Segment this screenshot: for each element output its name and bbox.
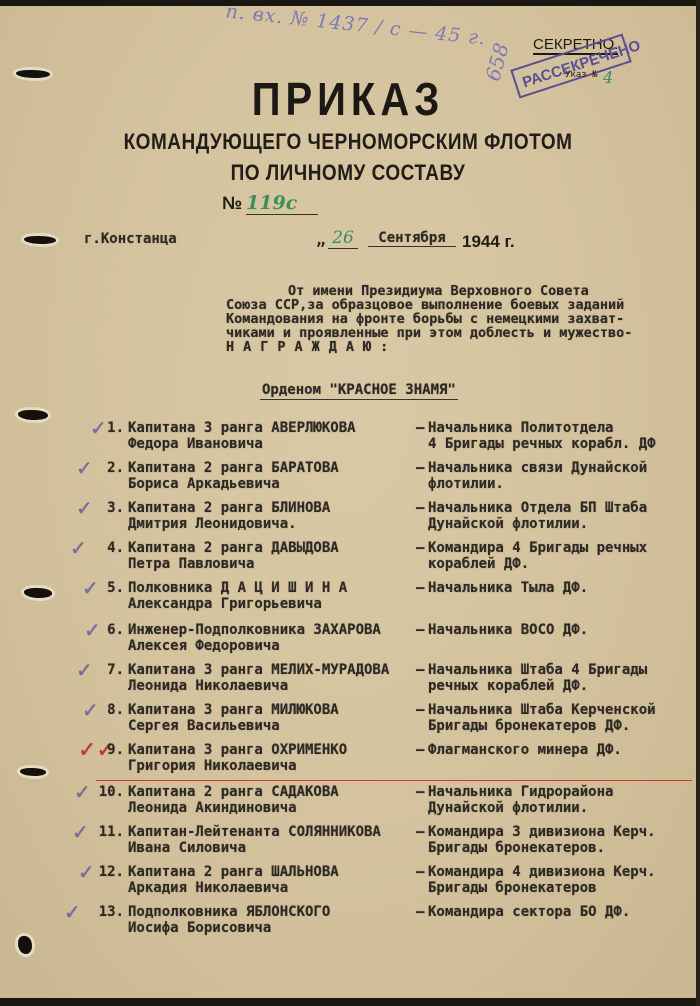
order-number: №119с: [222, 192, 318, 215]
awardee-row: ✓8.Капитана 3 ранга МИЛЮКОВАСергея Васил…: [0, 702, 696, 742]
awardee-number: 6.: [96, 622, 124, 638]
date-quote: „: [316, 230, 326, 249]
dash: –: [416, 622, 424, 638]
awardee-row: ✓6.Инженер-Подполковника ЗАХАРОВААлексея…: [0, 622, 696, 662]
check-mark-icon: ✓: [78, 860, 95, 884]
awardee-position: Начальника Политотдела4 Бригады речных к…: [428, 420, 694, 452]
awarded-label: НАГРАЖДАЮ:: [226, 340, 696, 354]
awardee-position: Командира 4 дивизиона Керч.Бригады броне…: [428, 864, 694, 896]
awardee-number: 9.: [96, 742, 124, 758]
awardee-row: ✓3.Капитана 2 ранга БЛИНОВАДмитрия Леони…: [0, 500, 696, 540]
date-year: 1944 г.: [462, 232, 515, 252]
awardee-position: Начальника ВОСО ДФ.: [428, 622, 694, 638]
awardee-position: Начальника связи Дунайскойфлотилии.: [428, 460, 694, 492]
document-subtitle: КОМАНДУЮЩЕГО ЧЕРНОМОРСКИМ ФЛОТОМ: [0, 130, 696, 155]
awardee-number: 3.: [96, 500, 124, 516]
awardee-number: 13.: [96, 904, 124, 920]
check-mark-icon: ✓: [74, 780, 91, 804]
awardee-row: ✓✓9.Капитана 3 ранга ОХРИМЕНКОГригория Н…: [0, 742, 696, 782]
check-mark-icon: ✓: [76, 658, 93, 682]
dash: –: [416, 784, 424, 800]
awardee-number: 12.: [96, 864, 124, 880]
awardee-position: Начальника Отдела БП ШтабаДунайской флот…: [428, 500, 694, 532]
red-underline: [96, 780, 692, 781]
dash: –: [416, 702, 424, 718]
awardee-name: Капитана 3 ранга АВЕРЛЮКОВАФедора Иванов…: [128, 420, 428, 452]
archive-note: п. вх. № 1437 / с — 45 г.: [225, 6, 487, 50]
awardee-name: Капитана 2 ранга ДАВЫДОВАПетра Павловича: [128, 540, 428, 572]
dash: –: [416, 662, 424, 678]
preamble: От имени Президиума Верховного Совета Со…: [226, 284, 696, 354]
dash: –: [416, 904, 424, 920]
awardee-name: Капитана 2 ранга ШАЛЬНОВААркадия Николае…: [128, 864, 428, 896]
awardee-number: 1.: [96, 420, 124, 436]
check-mark-icon: ✓: [76, 456, 93, 480]
dash: –: [416, 540, 424, 556]
date-month: Сентября: [368, 230, 456, 247]
order-number-value: 119с: [246, 192, 318, 215]
awardee-name: Капитана 3 ранга ОХРИМЕНКОГригория Никол…: [128, 742, 428, 774]
awardee-row: ✓13.Подполковника ЯБЛОНСКОГОИосифа Борис…: [0, 904, 696, 944]
punch-hole: [24, 236, 56, 244]
city: г.Констанца: [84, 231, 177, 247]
check-mark-icon: ✓: [64, 900, 81, 924]
awardee-row: ✓5.Полковника Д А Ц И Ш И Н ААлександра …: [0, 580, 696, 620]
awardee-position: Начальника Штаба КерченскойБригады броне…: [428, 702, 694, 734]
document-title: ПРИКАЗ: [0, 75, 696, 127]
awardee-row: ✓10.Капитана 2 ранга САДАКОВАЛеонида Аки…: [0, 784, 696, 824]
awardee-position: Начальника Тыла ДФ.: [428, 580, 694, 596]
check-mark-icon: ✓: [72, 820, 89, 844]
awardee-number: 8.: [96, 702, 124, 718]
awardee-name: Полковника Д А Ц И Ш И Н ААлександра Гри…: [128, 580, 428, 612]
awardee-row: ✓2.Капитана 2 ранга БАРАТОВАБориса Аркад…: [0, 460, 696, 500]
dash: –: [416, 580, 424, 596]
awardee-row: ✓1.Капитана 3 ранга АВЕРЛЮКОВАФедора Ива…: [0, 420, 696, 460]
document-page: п. вх. № 1437 / с — 45 г. 658 СЕКРЕТНО. …: [0, 6, 696, 998]
awardee-name: Капитана 2 ранга САДАКОВАЛеонида Акиндин…: [128, 784, 428, 816]
dash: –: [416, 824, 424, 840]
document-subtitle-2: ПО ЛИЧНОМУ СОСТАВУ: [0, 161, 696, 186]
awardee-name: Инженер-Подполковника ЗАХАРОВААлексея Фе…: [128, 622, 428, 654]
awardee-row: ✓11.Капитан-Лейтенанта СОЛЯННИКОВАИвана …: [0, 824, 696, 864]
awardee-row: ✓7.Капитана 3 ранга МЕЛИХ-МУРАДОВАЛеонид…: [0, 662, 696, 702]
page-edge: [696, 0, 700, 1006]
punch-hole: [18, 410, 48, 420]
awardee-number: 5.: [96, 580, 124, 596]
awardee-position: Флагманского минера ДФ.: [428, 742, 694, 758]
awardee-row: ✓12.Капитана 2 ранга ШАЛЬНОВААркадия Ник…: [0, 864, 696, 904]
awardee-number: 7.: [96, 662, 124, 678]
awardee-position: Командира 3 дивизиона Керч.Бригады броне…: [428, 824, 694, 856]
dash: –: [416, 420, 424, 436]
awardee-name: Подполковника ЯБЛОНСКОГОИосифа Борисович…: [128, 904, 428, 936]
awardee-name: Капитана 2 ранга БЛИНОВАДмитрия Леонидов…: [128, 500, 428, 532]
awardee-position: Командира сектора БО ДФ.: [428, 904, 694, 920]
awardee-number: 2.: [96, 460, 124, 476]
awardee-number: 10.: [96, 784, 124, 800]
awardee-number: 11.: [96, 824, 124, 840]
awardee-position: Командира 4 Бригады речныхкораблей ДФ.: [428, 540, 694, 572]
check-mark-icon: ✓: [70, 536, 87, 560]
awardee-name: Капитана 3 ранга МИЛЮКОВАСергея Васильев…: [128, 702, 428, 734]
check-mark-icon: ✓: [76, 496, 93, 520]
awardee-name: Капитана 2 ранга БАРАТОВАБориса Аркадьев…: [128, 460, 428, 492]
order-heading: Орденом "КРАСНОЕ ЗНАМЯ": [260, 382, 458, 400]
awardee-row: ✓4.Капитана 2 ранга ДАВЫДОВАПетра Павлов…: [0, 540, 696, 580]
awardee-position: Начальника ГидрорайонаДунайской флотилии…: [428, 784, 694, 816]
awardee-number: 4.: [96, 540, 124, 556]
awardee-name: Капитана 3 ранга МЕЛИХ-МУРАДОВАЛеонида Н…: [128, 662, 428, 694]
dash: –: [416, 742, 424, 758]
date-day: 26: [328, 228, 358, 249]
dash: –: [416, 864, 424, 880]
dash: –: [416, 460, 424, 476]
awardee-position: Начальника Штаба 4 Бригадыречных корабле…: [428, 662, 694, 694]
dash: –: [416, 500, 424, 516]
awardee-name: Капитан-Лейтенанта СОЛЯННИКОВАИвана Сило…: [128, 824, 428, 856]
